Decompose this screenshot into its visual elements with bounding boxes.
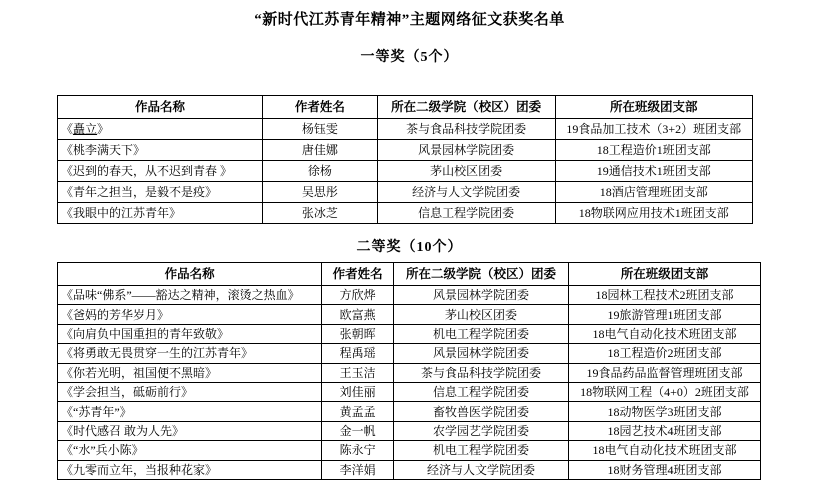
author-cell: 张冰芝 xyxy=(263,203,378,224)
class-branch-cell: 18财务管理4班团支部 xyxy=(569,460,761,479)
author-cell: 欧富燕 xyxy=(322,305,394,324)
header-row: 作品名称作者姓名所在二级学院（校区）团委所在班级团支部 xyxy=(58,96,753,119)
college-committee-cell: 风景园林学院团委 xyxy=(377,140,555,161)
table-row: 《青年之担当，是毅不是疫》吴思彤经济与人文学院团委18酒店管理班团支部 xyxy=(58,182,753,203)
underlined-work-title: 矗立 xyxy=(73,122,97,136)
college-committee-cell: 茅山校区团委 xyxy=(394,305,569,324)
table-header: 作品名称作者姓名所在二级学院（校区）团委所在班级团支部 xyxy=(58,263,761,286)
column-header: 所在班级团支部 xyxy=(569,263,761,286)
table-row: 《品味“佛系”——豁达之精神，滚烫之热血》方欣烨风景园林学院团委18园林工程技术… xyxy=(58,286,761,305)
section-heading-second-prize: 二等奖（10个） xyxy=(0,236,819,256)
author-cell: 金一帆 xyxy=(322,421,394,440)
class-branch-cell: 18动物医学3班团支部 xyxy=(569,402,761,421)
work-title-cell: 《爸妈的芳华岁月》 xyxy=(58,305,322,324)
college-committee-cell: 风景园林学院团委 xyxy=(394,344,569,363)
column-header: 作品名称 xyxy=(58,96,263,119)
section-heading-first-prize: 一等奖（5个） xyxy=(0,46,819,66)
page-title: “新时代江苏青年精神”主题网络征文获奖名单 xyxy=(0,8,819,29)
table-row: 《将勇敢无畏贯穿一生的江苏青年》程禹瑶风景园林学院团委18工程造价2班团支部 xyxy=(58,344,761,363)
table-header: 作品名称作者姓名所在二级学院（校区）团委所在班级团支部 xyxy=(58,96,753,119)
author-cell: 刘佳丽 xyxy=(322,382,394,401)
table-row: 《九零而立年，当报种花家》李洋娟经济与人文学院团委18财务管理4班团支部 xyxy=(58,460,761,479)
class-branch-cell: 18工程造价1班团支部 xyxy=(555,140,752,161)
class-branch-cell: 18工程造价2班团支部 xyxy=(569,344,761,363)
college-committee-cell: 经济与人文学院团委 xyxy=(377,182,555,203)
college-committee-cell: 机电工程学院团委 xyxy=(394,441,569,460)
class-branch-cell: 18酒店管理班团支部 xyxy=(555,182,752,203)
college-committee-cell: 机电工程学院团委 xyxy=(394,324,569,343)
work-title-cell: 《学会担当，砥砺前行》 xyxy=(58,382,322,401)
college-committee-cell: 农学园艺学院团委 xyxy=(394,421,569,440)
column-header: 作品名称 xyxy=(58,263,322,286)
header-row: 作品名称作者姓名所在二级学院（校区）团委所在班级团支部 xyxy=(58,263,761,286)
table-row: 《“苏青年”》黄孟孟畜牧兽医学院团委18动物医学3班团支部 xyxy=(58,402,761,421)
table-body: 《品味“佛系”——豁达之精神，滚烫之热血》方欣烨风景园林学院团委18园林工程技术… xyxy=(58,286,761,480)
work-title-cell: 《向肩负中国重担的青年致敬》 xyxy=(58,324,322,343)
class-branch-cell: 18电气自动化技术班团支部 xyxy=(569,324,761,343)
work-title-cell: 《我眼中的江苏青年》 xyxy=(58,203,263,224)
class-branch-cell: 18电气自动化技术班团支部 xyxy=(569,441,761,460)
class-branch-cell: 18物联网工程（4+0）2班团支部 xyxy=(569,382,761,401)
author-cell: 李洋娟 xyxy=(322,460,394,479)
column-header: 所在二级学院（校区）团委 xyxy=(377,96,555,119)
college-committee-cell: 茅山校区团委 xyxy=(377,161,555,182)
work-title-cell: 《九零而立年，当报种花家》 xyxy=(58,460,322,479)
first-prize-table: 作品名称作者姓名所在二级学院（校区）团委所在班级团支部 《矗立》杨钰雯茶与食品科… xyxy=(57,95,753,224)
author-cell: 唐佳娜 xyxy=(263,140,378,161)
work-title-cell: 《时代感召 敢为人先》 xyxy=(58,421,322,440)
table-row: 《你若光明，祖国便不黑暗》王玉洁茶与食品科技学院团委19食品药品监督管理班团支部 xyxy=(58,363,761,382)
second-prize-table: 作品名称作者姓名所在二级学院（校区）团委所在班级团支部 《品味“佛系”——豁达之… xyxy=(57,262,761,480)
class-branch-cell: 19食品药品监督管理班团支部 xyxy=(569,363,761,382)
table-row: 《桃李满天下》唐佳娜风景园林学院团委18工程造价1班团支部 xyxy=(58,140,753,161)
college-committee-cell: 茶与食品科技学院团委 xyxy=(377,119,555,140)
column-header: 所在班级团支部 xyxy=(555,96,752,119)
college-committee-cell: 经济与人文学院团委 xyxy=(394,460,569,479)
author-cell: 陈永宁 xyxy=(322,441,394,460)
column-header: 所在二级学院（校区）团委 xyxy=(394,263,569,286)
work-title-cell: 《“水”兵小陈》 xyxy=(58,441,322,460)
class-branch-cell: 18园艺技术4班团支部 xyxy=(569,421,761,440)
author-cell: 程禹瑶 xyxy=(322,344,394,363)
class-branch-cell: 19食品加工技术（3+2）班团支部 xyxy=(555,119,752,140)
column-header: 作者姓名 xyxy=(322,263,394,286)
work-title-cell: 《桃李满天下》 xyxy=(58,140,263,161)
table-row: 《我眼中的江苏青年》张冰芝信息工程学院团委18物联网应用技术1班团支部 xyxy=(58,203,753,224)
college-committee-cell: 信息工程学院团委 xyxy=(394,382,569,401)
table-row: 《时代感召 敢为人先》金一帆农学园艺学院团委18园艺技术4班团支部 xyxy=(58,421,761,440)
author-cell: 杨钰雯 xyxy=(263,119,378,140)
work-title-cell: 《你若光明，祖国便不黑暗》 xyxy=(58,363,322,382)
class-branch-cell: 19通信技术1班团支部 xyxy=(555,161,752,182)
author-cell: 徐杨 xyxy=(263,161,378,182)
college-committee-cell: 信息工程学院团委 xyxy=(377,203,555,224)
table-row: 《迟到的春天，从不迟到青春 》徐杨茅山校区团委19通信技术1班团支部 xyxy=(58,161,753,182)
work-title-cell: 《迟到的春天，从不迟到青春 》 xyxy=(58,161,263,182)
table-row: 《爸妈的芳华岁月》欧富燕茅山校区团委19旅游管理1班团支部 xyxy=(58,305,761,324)
table-row: 《向肩负中国重担的青年致敬》张朝晖机电工程学院团委18电气自动化技术班团支部 xyxy=(58,324,761,343)
author-cell: 王玉洁 xyxy=(322,363,394,382)
author-cell: 黄孟孟 xyxy=(322,402,394,421)
work-title-cell: 《青年之担当，是毅不是疫》 xyxy=(58,182,263,203)
college-committee-cell: 风景园林学院团委 xyxy=(394,286,569,305)
college-committee-cell: 茶与食品科技学院团委 xyxy=(394,363,569,382)
class-branch-cell: 19旅游管理1班团支部 xyxy=(569,305,761,324)
table-row: 《矗立》杨钰雯茶与食品科技学院团委19食品加工技术（3+2）班团支部 xyxy=(58,119,753,140)
column-header: 作者姓名 xyxy=(263,96,378,119)
work-title-cell: 《矗立》 xyxy=(58,119,263,140)
document-page: { "page": { "title": "“新时代江苏青年精神”主题网络征文获… xyxy=(0,0,819,503)
work-title-cell: 《品味“佛系”——豁达之精神，滚烫之热血》 xyxy=(58,286,322,305)
college-committee-cell: 畜牧兽医学院团委 xyxy=(394,402,569,421)
author-cell: 吴思彤 xyxy=(263,182,378,203)
work-title-cell: 《“苏青年”》 xyxy=(58,402,322,421)
table-body: 《矗立》杨钰雯茶与食品科技学院团委19食品加工技术（3+2）班团支部《桃李满天下… xyxy=(58,119,753,224)
table-row: 《学会担当，砥砺前行》刘佳丽信息工程学院团委18物联网工程（4+0）2班团支部 xyxy=(58,382,761,401)
author-cell: 张朝晖 xyxy=(322,324,394,343)
work-title-cell: 《将勇敢无畏贯穿一生的江苏青年》 xyxy=(58,344,322,363)
class-branch-cell: 18物联网应用技术1班团支部 xyxy=(555,203,752,224)
class-branch-cell: 18园林工程技术2班团支部 xyxy=(569,286,761,305)
table-row: 《“水”兵小陈》陈永宁机电工程学院团委18电气自动化技术班团支部 xyxy=(58,441,761,460)
author-cell: 方欣烨 xyxy=(322,286,394,305)
